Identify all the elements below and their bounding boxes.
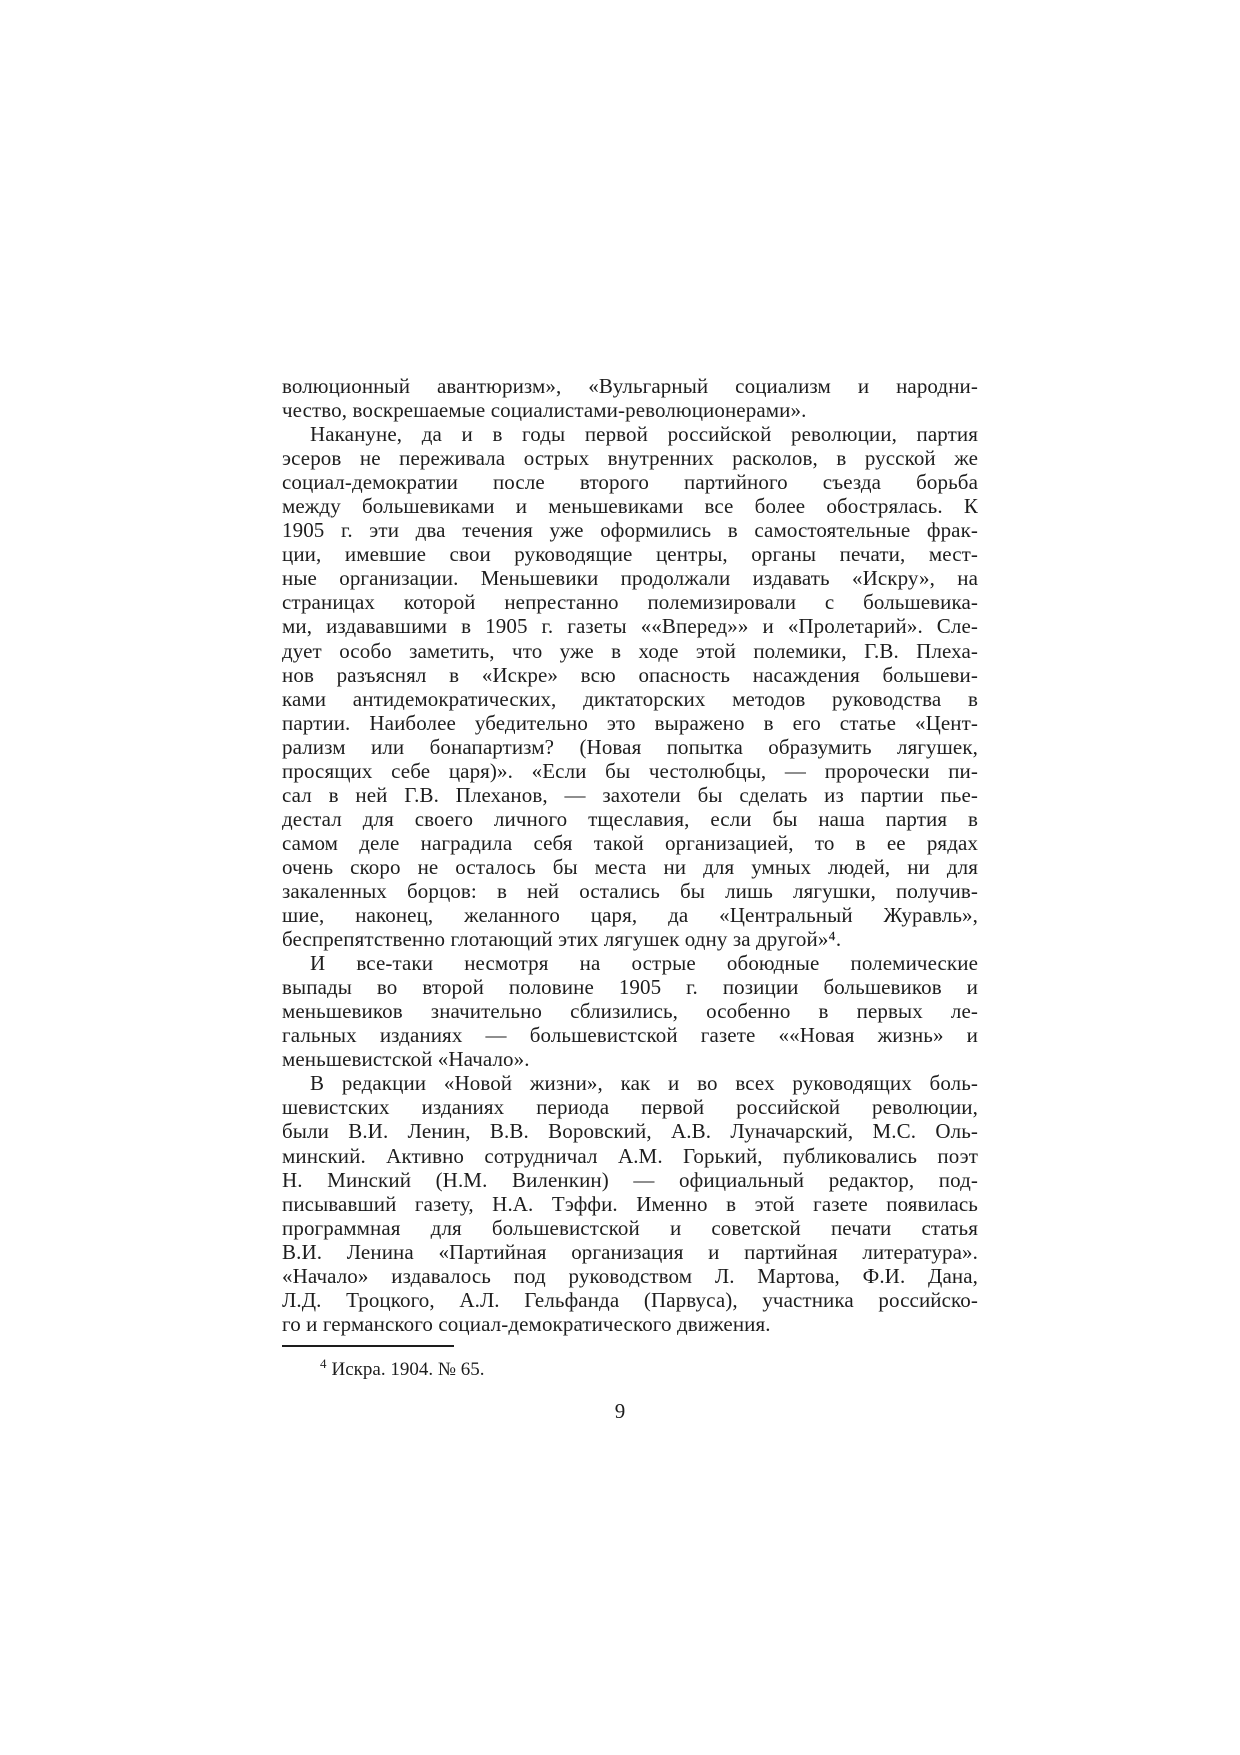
text-line: рализм или бонапартизм? (Новая попытка о…: [282, 735, 978, 759]
text-line: ные организации. Меньшевики продолжали и…: [282, 566, 978, 590]
text-line: писывавший газету, Н.А. Тэффи. Именно в …: [282, 1192, 978, 1216]
text-line: закаленных борцов: в ней остались бы лиш…: [282, 879, 978, 903]
text-line: ками антидемократических, диктаторских м…: [282, 687, 978, 711]
text-line: меньшевиков значительно сблизились, особ…: [282, 999, 978, 1023]
text-line: чество, воскрешаемые социалистами-револю…: [282, 398, 978, 422]
text-line: минский. Активно сотрудничал А.М. Горьки…: [282, 1144, 978, 1168]
footnote-text: Искра. 1904. № 65.: [332, 1359, 485, 1380]
text-line: ми, издававшими в 1905 г. газеты ««Впере…: [282, 614, 978, 638]
text-line: «Начало» издавалось под руководством Л. …: [282, 1264, 978, 1288]
footnote: 4Искра. 1904. № 65.: [282, 1358, 978, 1381]
footnote-marker: 4: [320, 1356, 327, 1371]
text-line: дестал для своего личного тщеславия, есл…: [282, 807, 978, 831]
text-line: партии. Наиболее убедительно это выражен…: [282, 711, 978, 735]
text-line: между большевиками и меньшевиками все бо…: [282, 494, 978, 518]
text-line: волюционный авантюризм», «Вульгарный соц…: [282, 374, 978, 398]
text-line: страницах которой непрестанно полемизиро…: [282, 590, 978, 614]
text-line: И все-таки несмотря на острые обоюдные п…: [282, 951, 978, 975]
page-number: 9: [0, 1399, 1240, 1423]
text-line: Л.Д. Троцкого, А.Л. Гельфанда (Парвуса),…: [282, 1288, 978, 1312]
text-line: социал-демократии после второго партийно…: [282, 470, 978, 494]
text-line: гальных изданиях — большевистской газете…: [282, 1023, 978, 1047]
text-line: просящих себе царя)». «Если бы честолюбц…: [282, 759, 978, 783]
text-line: шие, наконец, желанного царя, да «Центра…: [282, 903, 978, 927]
book-page: волюционный авантюризм», «Вульгарный соц…: [0, 0, 1240, 1755]
text-line: выпады во второй половине 1905 г. позици…: [282, 975, 978, 999]
text-line: ции, имевшие свои руководящие центры, ор…: [282, 542, 978, 566]
body-text: волюционный авантюризм», «Вульгарный соц…: [282, 374, 978, 1336]
text-line: шевистских изданиях периода первой росси…: [282, 1095, 978, 1119]
text-line: эсеров не переживала острых внутренних р…: [282, 446, 978, 470]
text-line: самом деле наградила себя такой организа…: [282, 831, 978, 855]
text-line: Накануне, да и в годы первой российской …: [282, 422, 978, 446]
text-line: беспрепятственно глотающий этих лягушек …: [282, 927, 978, 951]
text-line: дует особо заметить, что уже в ходе этой…: [282, 639, 978, 663]
text-line: В редакции «Новой жизни», как и во всех …: [282, 1071, 978, 1095]
text-line: были В.И. Ленин, В.В. Воровский, А.В. Лу…: [282, 1119, 978, 1143]
text-line: сал в ней Г.В. Плеханов, — захотели бы с…: [282, 783, 978, 807]
text-line: 1905 г. эти два течения уже оформились в…: [282, 518, 978, 542]
text-line: программная для большевистской и советск…: [282, 1216, 978, 1240]
text-line: очень скоро не осталось бы места ни для …: [282, 855, 978, 879]
text-line: меньшевистской «Начало».: [282, 1047, 978, 1071]
text-line: го и германского социал-демократического…: [282, 1312, 978, 1336]
text-line: В.И. Ленина «Партийная организация и пар…: [282, 1240, 978, 1264]
footnote-divider: [282, 1345, 454, 1347]
text-line: Н. Минский (Н.М. Виленкин) — официальный…: [282, 1168, 978, 1192]
text-line: нов разъяснял в «Искре» всю опасность на…: [282, 663, 978, 687]
